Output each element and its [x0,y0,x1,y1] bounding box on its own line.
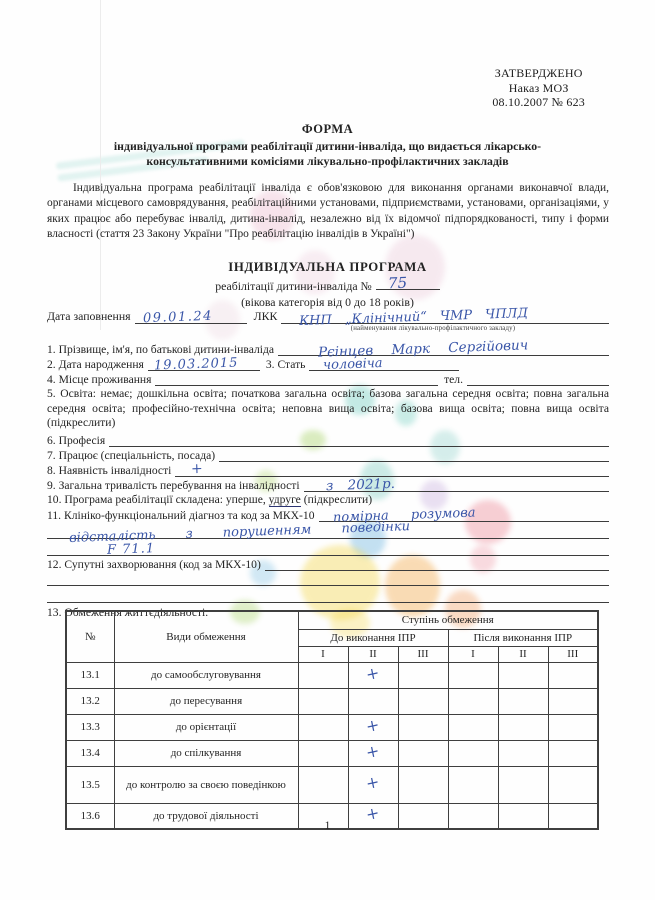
handwritten-mark: + [365,745,380,758]
limitations-table: № Види обмеження Ступінь обмеження До ви… [65,610,599,830]
facility-underline: КНП „Клінічний“ ЧМР ЧПЛД [281,310,609,324]
field-birthdate-label: 2. Дата народження [47,358,144,371]
form-subtitle: індивідуальної програми реабілітації дит… [68,139,588,168]
field-residence-underline [155,372,438,386]
field-program-times-prefix: 10. Програма реабілітації складена: упер… [47,493,266,506]
field-profession-label: 6. Професія [47,434,105,447]
fields-section: 1. Прізвище, ім'я, по батькові дитини-ін… [47,342,609,619]
field-tel-label: тел. [444,373,463,386]
table-row: 13.3 до орієнтації + [66,714,598,740]
field-diagnosis-line2: відсталість з порушенням поведінки [47,523,609,539]
field-name-underline: Рєінцев Марк Сергійович [278,342,609,356]
field-diagnosis-underline-1: помірна розумова [319,508,610,522]
table-row: 13.1 до самообслуговування + [66,662,598,688]
field-birthdate-value: 19.03.2015 [154,356,239,374]
field-birthdate-sex: 2. Дата народження 19.03.2015 3. Стать ч… [47,357,609,371]
field-duration-underline: з 2021р. [304,478,609,492]
field-sex-value: чоловіча [323,356,383,373]
row-num: 13.2 [66,688,114,714]
program-number-label: реабілітації дитини-інваліда № [215,279,372,293]
handwritten-mark: + [365,808,380,821]
field-duration-value: з 2021р. [325,476,394,494]
table-header-before: До виконання ІПР [298,629,448,646]
lkk-label: ЛКК [254,309,278,324]
grade-II: ІІ [498,646,548,662]
field-program-times: 10. Програма реабілітації складена: упер… [47,493,609,507]
program-number-line: реабілітації дитини-інваліда №75 [0,276,655,294]
field-diagnosis-value-3: F 71.1 [107,541,156,558]
table-row: 13.5 до контролю за своєю поведінкою + [66,766,598,803]
row-num: 13.5 [66,766,114,803]
field-employment: 7. Працює (спеціальність, посада) [47,448,609,462]
row-label: до самообслуговування [114,662,298,688]
approval-order: Наказ МОЗ [492,81,585,96]
field-diagnosis: 11. Клініко-функціональний діагноз та ко… [47,508,609,522]
field-program-times-underlined: удруге [269,493,301,507]
page-number: 1 [0,820,655,832]
table-header-no: № [66,611,114,662]
field-employment-underline [219,448,609,462]
field-name-label: 1. Прізвище, ім'я, по батькові дитини-ін… [47,343,274,356]
field-birthdate-underline: 19.03.2015 [148,357,260,371]
blank-underline [47,572,609,586]
handwritten-mark: + [365,777,380,790]
field-sex-underline: чоловіча [309,357,459,371]
field-disability-label: 8. Наявність інвалідності [47,464,171,477]
field-comorbidity-label: 12. Супутні захворювання (код за МКХ-10) [47,558,261,571]
field-sex-label: 3. Стать [266,358,306,371]
handwritten-mark: + [365,667,380,680]
intro-paragraph: Індивідуальна програма реабілітації інва… [47,181,609,243]
field-program-times-suffix: (підкреслити) [304,493,372,506]
field-profession: 6. Професія [47,433,609,447]
table-header-kind: Види обмеження [114,611,298,662]
program-number-underline: 75 [376,276,440,290]
field-residence: 4. Місце проживання тел. [47,372,609,386]
date-label: Дата заповнення [47,309,131,324]
field-profession-underline [109,433,609,447]
field-disability-underline: + [175,463,609,477]
field-diagnosis-line3: F 71.1 [47,540,609,556]
field-disability-value: + [191,461,203,477]
field-education: 5. Освіта: немає; дошкільна освіта; поча… [47,387,609,431]
row-label: до спілкування [114,740,298,766]
handwritten-mark: + [365,719,380,732]
grade-I: І [298,646,348,662]
row-num: 13.1 [66,662,114,688]
field-diagnosis-underline-3: F 71.1 [47,542,609,556]
grade-I: І [448,646,498,662]
table-row: 13.4 до спілкування + [66,740,598,766]
grade-III: ІІІ [548,646,598,662]
field-duration-label: 9. Загальна тривалість перебування на ін… [47,479,300,492]
row-label: до контролю за своєю поведінкою [114,766,298,803]
field-diagnosis-underline-2: відсталість з порушенням поведінки [47,525,609,539]
row-num: 13.3 [66,714,114,740]
row-label: до орієнтації [114,714,298,740]
date-value: 09.01.24 [142,309,212,326]
form-title: ФОРМА [0,122,655,137]
field-diagnosis-label: 11. Клініко-функціональний діагноз та ко… [47,509,315,522]
field-tel-underline [467,372,609,386]
date-block: Дата заповнення 09.01.24 ЛКК КНП „Клініч… [47,308,609,332]
field-duration: 9. Загальна тривалість перебування на ін… [47,478,609,492]
approval-approved: ЗАТВЕРДЖЕНО [492,66,585,81]
approval-order-number: 08.10.2007 № 623 [492,95,585,110]
row-num: 13.4 [66,740,114,766]
document-page: ЗАТВЕРДЖЕНО Наказ МОЗ 08.10.2007 № 623 Ф… [0,0,655,900]
row-label: до пересування [114,688,298,714]
title-block: ФОРМА індивідуальної програми реабілітац… [0,122,655,168]
field-employment-label: 7. Працює (спеціальність, посада) [47,449,215,462]
grade-II: ІІ [348,646,398,662]
program-heading-block: ІНДИВІДУАЛЬНА ПРОГРАМА реабілітації дити… [0,260,655,310]
field-comorbidity-underline [265,557,609,571]
date-underline: 09.01.24 [135,310,247,324]
table-header-after: Після виконання ІПР [448,629,598,646]
field-name: 1. Прізвище, ім'я, по батькові дитини-ін… [47,342,609,356]
field-comorbidity: 12. Супутні захворювання (код за МКХ-10) [47,557,609,571]
grade-III: ІІІ [398,646,448,662]
table-row: 13.2 до пересування [66,688,598,714]
field-disability: 8. Наявність інвалідності + [47,463,609,477]
approval-block: ЗАТВЕРДЖЕНО Наказ МОЗ 08.10.2007 № 623 [492,66,585,110]
program-number-value: 75 [387,274,407,293]
table-header-degree: Ступінь обмеження [298,611,598,629]
blank-underline [47,589,609,603]
field-residence-label: 4. Місце проживання [47,373,151,386]
program-heading: ІНДИВІДУАЛЬНА ПРОГРАМА [0,260,655,275]
